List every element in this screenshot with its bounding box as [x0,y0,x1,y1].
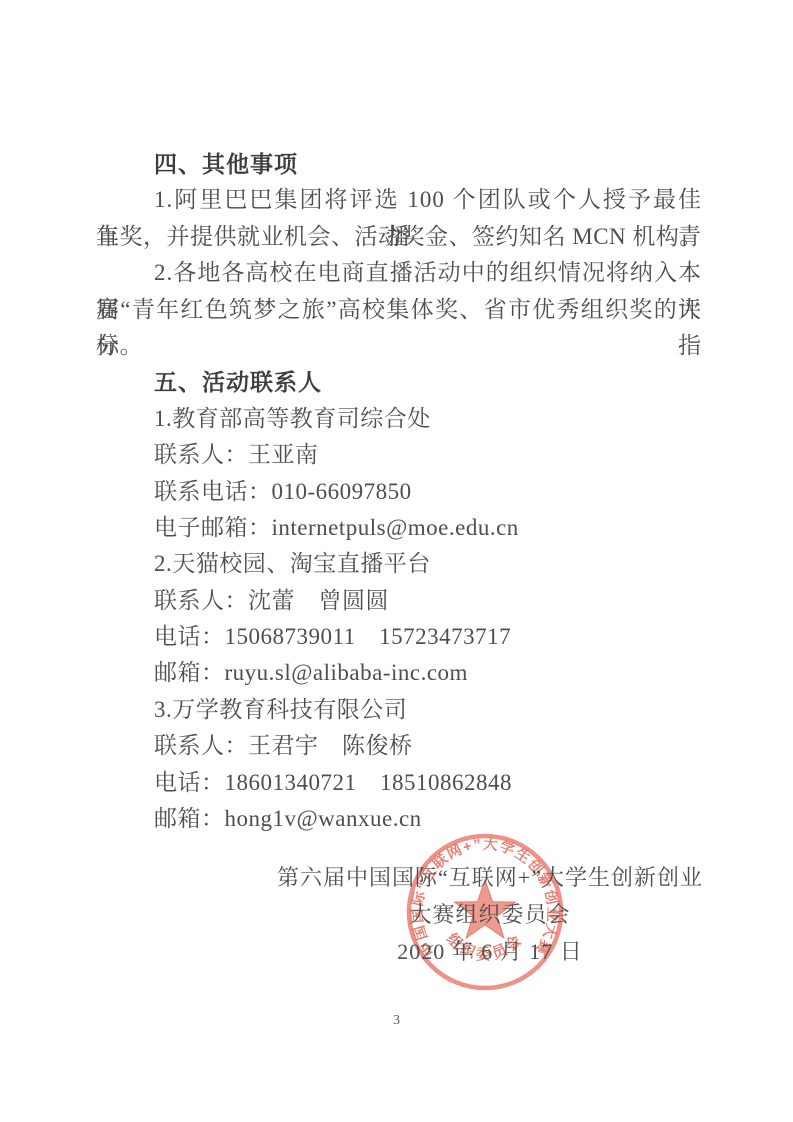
contact-line: 电话：18601340721 18510862848 [96,765,702,801]
contact-line: 联系人：王君宇 陈俊桥 [96,728,702,764]
text-line: 赛“青年红色筑梦之旅”高校集体奖、省市优秀组织奖的评分指 [96,292,702,328]
contact-line: 联系人：王亚南 [96,437,702,473]
contact-line: 3.万学教育科技有限公司 [96,692,702,728]
signature-org-line2: 大赛组织委员会 [265,896,715,933]
signature-date: 2020 年 6 月 17 日 [265,933,715,970]
signature-org-line1: 第六届中国国际“互联网+”大学生创新创业 [265,859,715,896]
document-body: 四、其他事项 1.阿里巴巴集团将评选 100 个团队或个人授予最佳直播青 年奖，… [96,146,702,837]
contact-line: 邮箱：ruyu.sl@alibaba-inc.com [96,655,702,691]
text-line: 1.阿里巴巴集团将评选 100 个团队或个人授予最佳直播青 [96,182,702,218]
contact-line: 1.教育部高等教育司综合处 [96,401,702,437]
contact-line: 电子邮箱：internetpuls@moe.edu.cn [96,510,702,546]
signature-block: 第六届中国国际“互联网+”大学生创新创业 大赛组织委员会 2020 年 6 月 … [265,859,715,970]
text-line: 年奖，并提供就业机会、活动奖金、签约知名 MCN 机构。 [96,219,702,255]
section-heading-other: 四、其他事项 [96,146,702,182]
contact-line: 联系电话：010-66097850 [96,474,702,510]
contact-line: 邮箱：hong1v@wanxue.cn [96,801,702,837]
contact-line: 联系人：沈蕾 曾圆圆 [96,583,702,619]
contact-line: 2.天猫校园、淘宝直播平台 [96,546,702,582]
text-line: 2.各地各高校在电商直播活动中的组织情况将纳入本届大 [96,255,702,291]
contact-line: 电话：15068739011 15723473717 [96,619,702,655]
page-number: 3 [0,1013,793,1029]
section-heading-contacts: 五、活动联系人 [96,364,702,400]
document-page: 四、其他事项 1.阿里巴巴集团将评选 100 个团队或个人授予最佳直播青 年奖，… [0,0,793,1122]
